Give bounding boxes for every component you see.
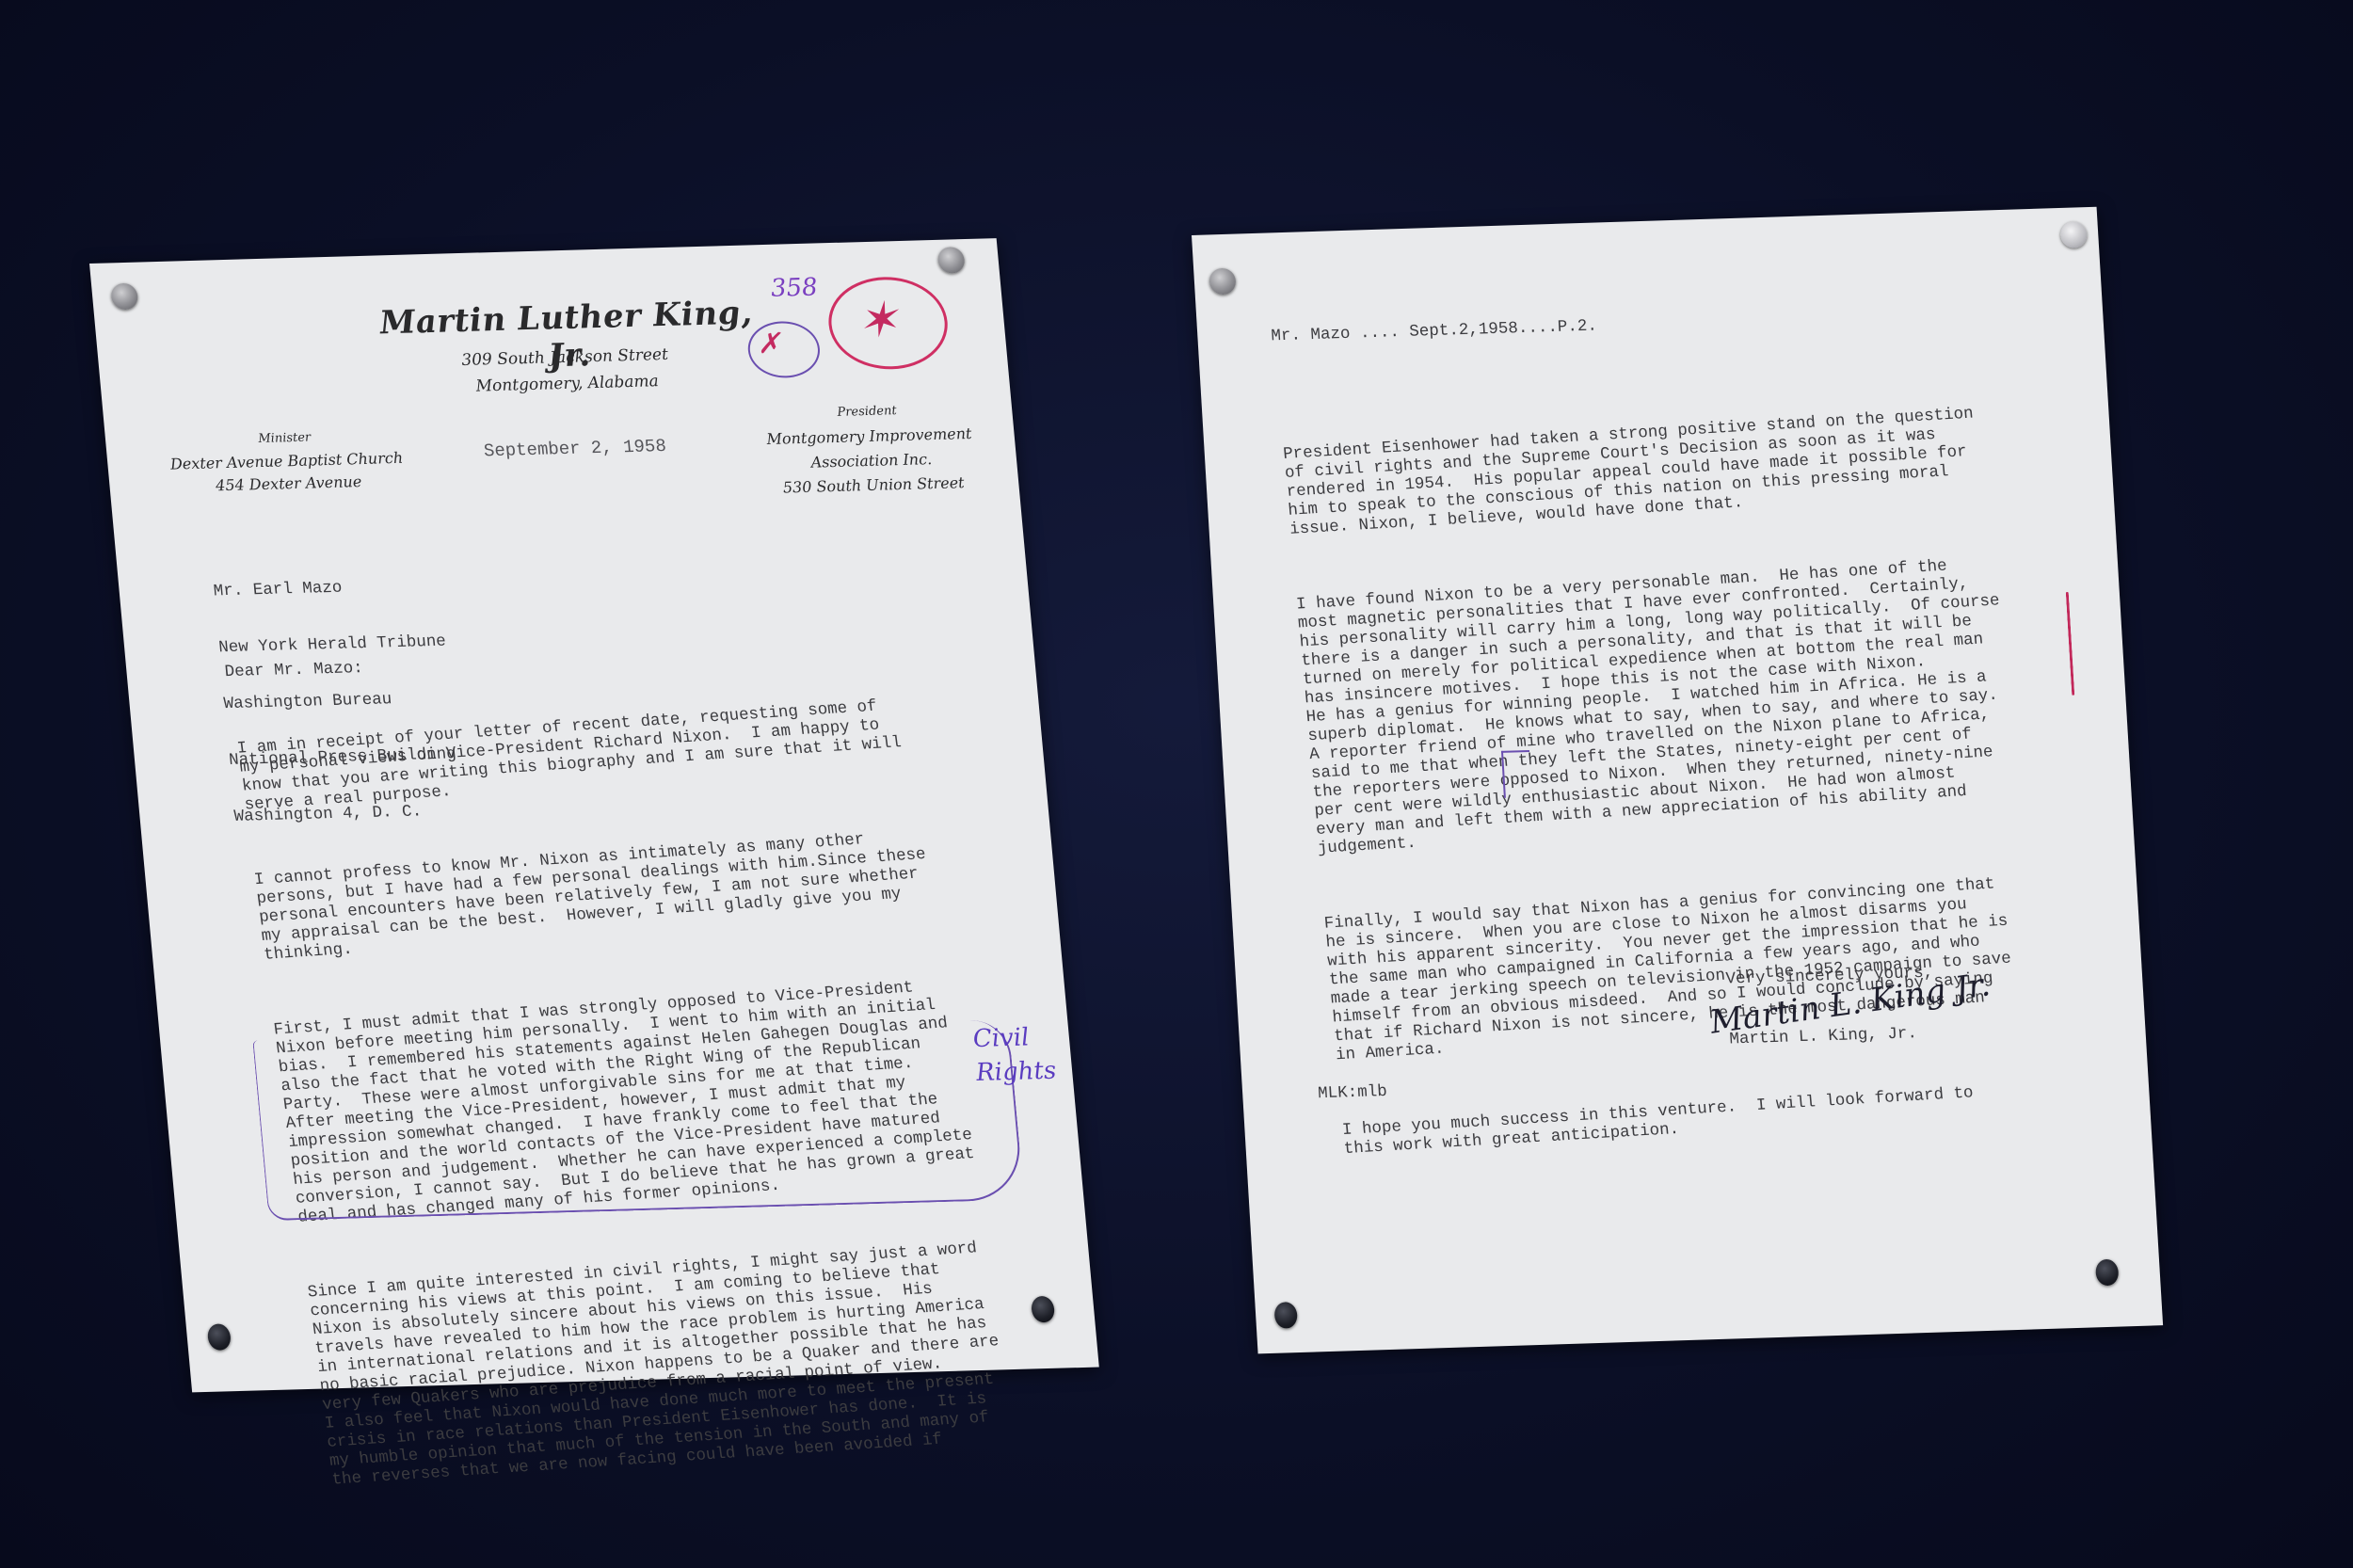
- letterhead-church: Minister Dexter Avenue Baptist Church 45…: [161, 424, 411, 499]
- recipient-line: New York Herald Tribune: [217, 632, 446, 658]
- paragraph: President Eisenhower had taken a strong …: [1282, 404, 1990, 539]
- paragraph: Since I am quite interested in civil rig…: [307, 1239, 1013, 1490]
- salutation: Dear Mr. Mazo:: [224, 659, 364, 681]
- mia-address: 530 South Union Street: [760, 471, 987, 502]
- pushpin-icon: [207, 1323, 232, 1351]
- scribble-mark: ✶: [855, 292, 901, 349]
- pushpin-icon: [2095, 1259, 2120, 1287]
- paragraph: I cannot profess to know Mr. Nixon as in…: [253, 825, 944, 965]
- pushpin-icon: [1209, 268, 1237, 296]
- handwritten-margin-line: [2066, 592, 2075, 696]
- margin-note: Civil Rights: [971, 1020, 1053, 1090]
- letter-date: September 2, 1958: [483, 436, 667, 461]
- paragraph: I hope you much success in this venture.…: [1341, 1080, 2044, 1159]
- pushpin-icon: [2059, 221, 2088, 248]
- letter-page-2: Mr. Mazo .... Sept.2,1958....P.2. Presid…: [1192, 207, 2163, 1354]
- page2-header: Mr. Mazo .... Sept.2,1958....P.2.: [1271, 317, 1598, 346]
- typist-initials: MLK:mlb: [1318, 1082, 1388, 1103]
- pushpin-icon: [110, 283, 139, 311]
- pushpin-icon: [1031, 1296, 1056, 1323]
- paragraph: I have found Nixon to be a very personab…: [1295, 553, 2018, 857]
- paragraph: I am in receipt of your letter of recent…: [236, 695, 925, 815]
- handwritten-number: 358: [770, 273, 819, 302]
- letter-page-1: Martin Luther King, Jr. 309 South Jackso…: [89, 238, 1099, 1392]
- pushpin-icon: [1273, 1302, 1298, 1329]
- handwritten-insertion-mark: [1501, 750, 1532, 798]
- recipient-line: Mr. Earl Mazo: [213, 576, 441, 601]
- handwritten-bracket: [252, 1019, 1024, 1221]
- letterhead-mia: President Montgomery Improvement Associa…: [753, 397, 987, 501]
- letter-body-page2: President Eisenhower had taken a strong …: [1279, 366, 2050, 1215]
- letterhead-address: 309 South Jackson Street Montgomery, Ala…: [408, 340, 724, 401]
- pushpin-icon: [936, 247, 966, 274]
- scribble-mark: ✗: [756, 328, 782, 361]
